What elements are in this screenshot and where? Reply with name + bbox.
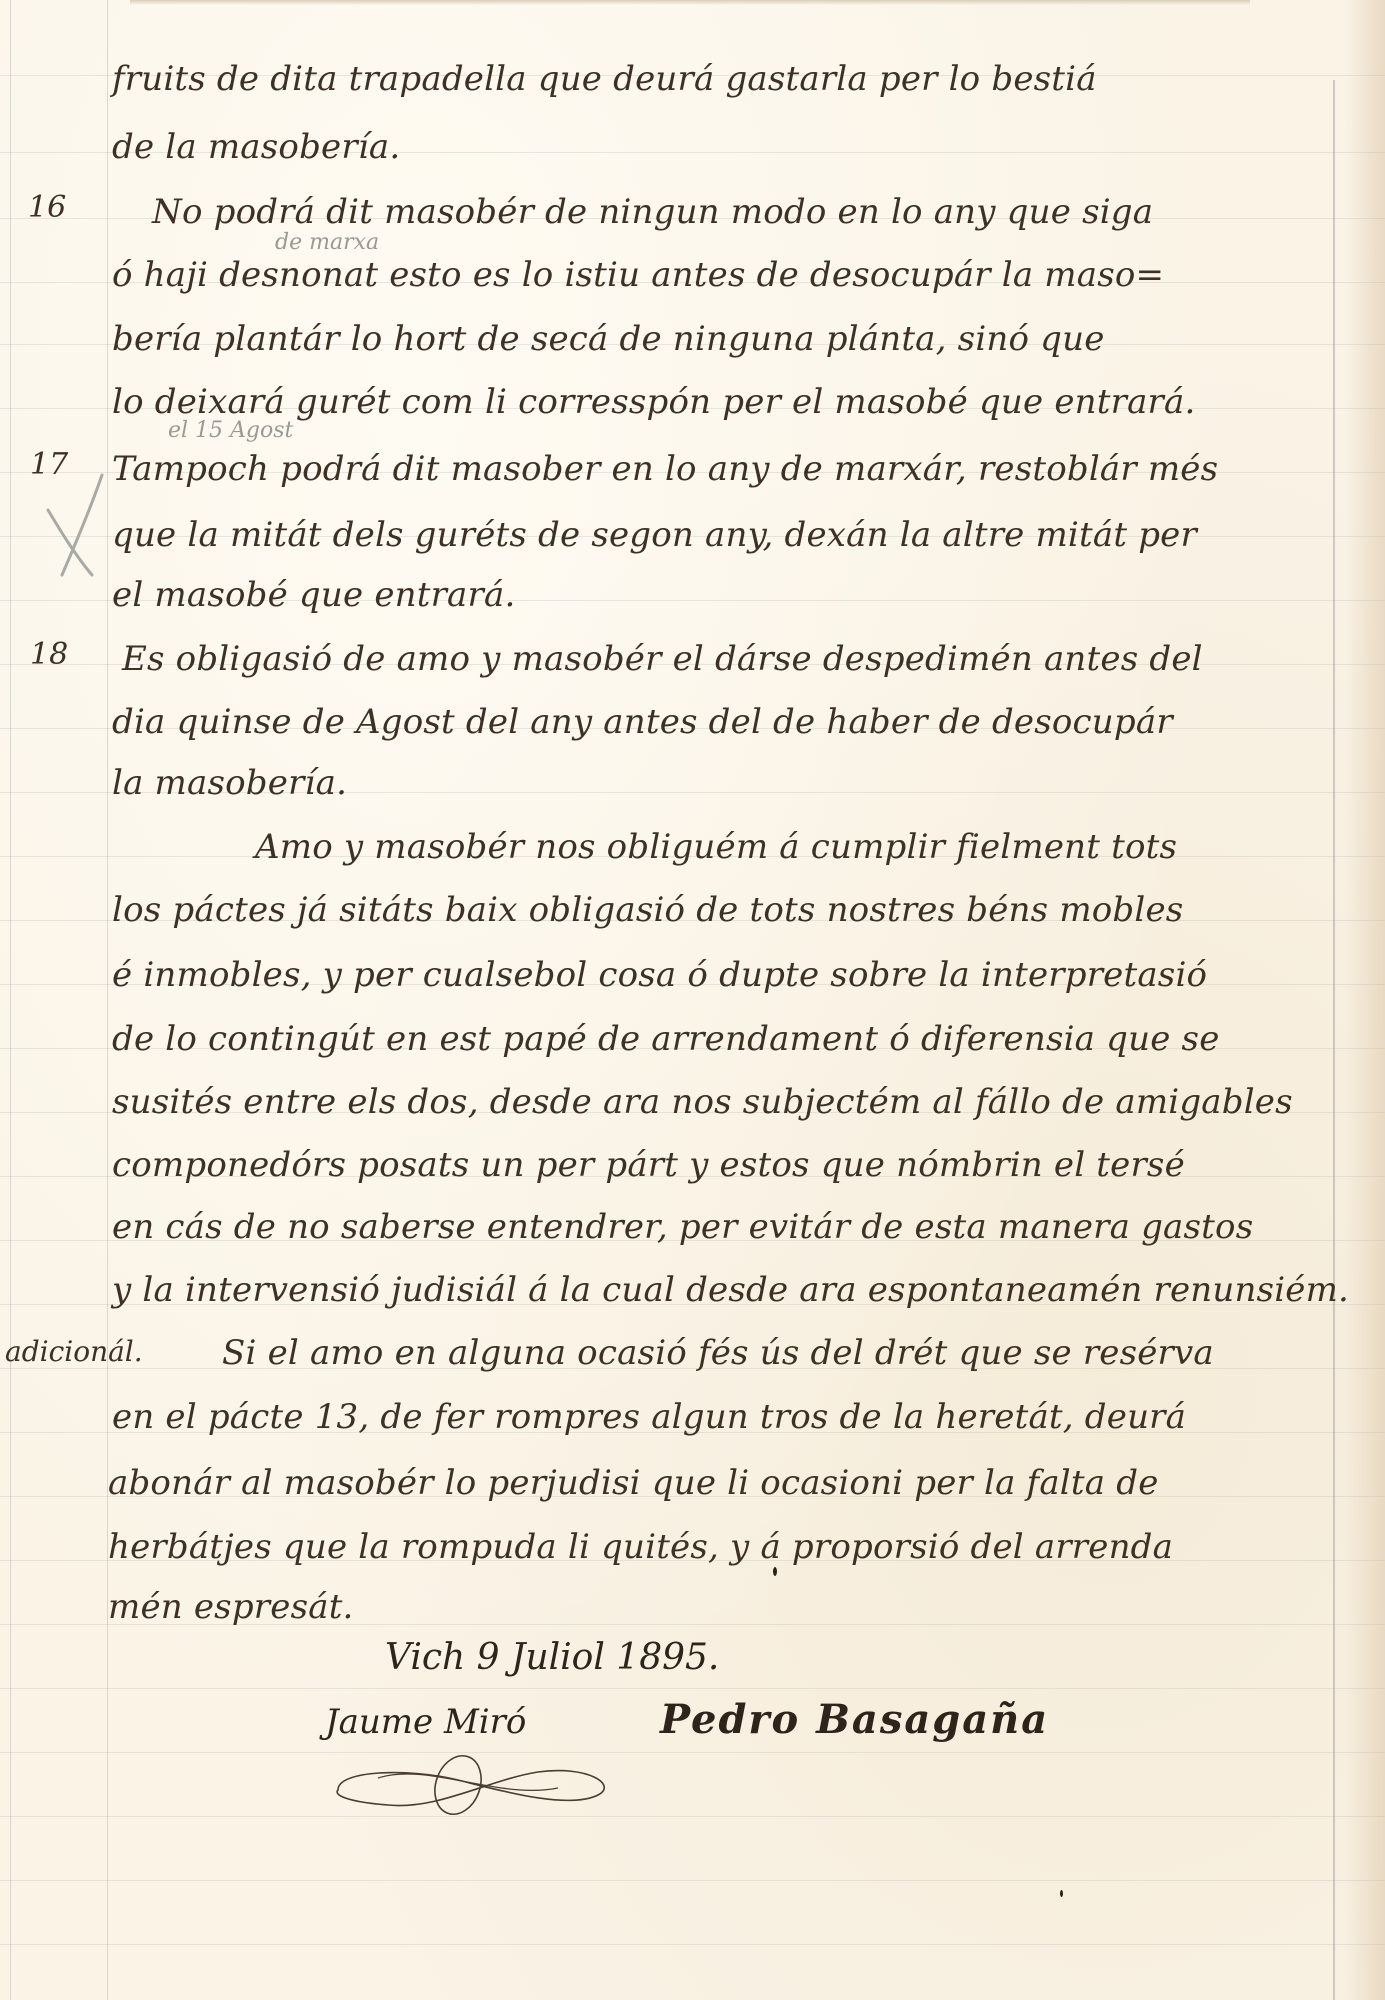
ruled-line xyxy=(0,1816,1385,1817)
signature-flourish-icon xyxy=(318,1750,618,1820)
left-edge-line xyxy=(10,0,11,2000)
text-line-16: de lo contingút en est papé de arrendame… xyxy=(112,1022,1220,1056)
ink-spot xyxy=(1060,1890,1063,1897)
text-line-24: herbátjes que la rompuda li quités, y á … xyxy=(108,1530,1173,1564)
text-line-18: componedórs posats un per párt y estos q… xyxy=(112,1148,1185,1182)
text-line-21: Si el amo en alguna ocasió fés ús del dr… xyxy=(222,1336,1214,1370)
ruled-line xyxy=(0,1944,1385,1945)
ruled-line xyxy=(0,1688,1385,1689)
paper-top-edge xyxy=(130,0,1250,5)
right-margin-line xyxy=(1333,80,1335,2000)
ruled-line xyxy=(0,1752,1385,1753)
text-line-19: en cás de no saberse entendrer, per evit… xyxy=(112,1210,1253,1244)
text-line-25: mén espresát. xyxy=(108,1590,354,1624)
text-line-2: de la masobería. xyxy=(112,130,400,164)
text-line-6: lo deixará gurét com li corresspón per e… xyxy=(112,385,1195,419)
text-line-10: Es obligasió de amo y masobér el dárse d… xyxy=(122,642,1203,676)
text-line-3: No podrá dit masobér de ningun modo en l… xyxy=(152,195,1153,229)
ink-spot xyxy=(773,1567,777,1576)
text-line-20: y la intervensió judisiál á la cual desd… xyxy=(112,1273,1349,1307)
place-and-date: Vich 9 Juliol 1895. xyxy=(385,1640,719,1676)
left-margin-line xyxy=(107,0,108,2000)
paper-right-edge-shading xyxy=(1345,0,1385,2000)
text-line-15: é inmobles, y per cualsebol cosa ó dupte… xyxy=(112,958,1207,992)
text-line-23: abonár al masobér lo perjudisi que li oc… xyxy=(108,1466,1159,1500)
text-line-4: ó haji desnonat esto es lo istiu antes d… xyxy=(112,258,1164,292)
text-line-11: dia quinse de Agost del any antes del de… xyxy=(112,705,1173,739)
text-line-12: la masobería. xyxy=(112,766,347,800)
clause-number-16: 16 xyxy=(28,193,66,223)
pencil-annotation-de-marxa: de marxa xyxy=(275,232,379,254)
pencil-x-mark-icon xyxy=(40,470,110,580)
text-line-14: los páctes já sitáts baix obligasió de t… xyxy=(112,893,1183,927)
ruled-line xyxy=(0,1880,1385,1881)
text-line-9: el masobé que entrará. xyxy=(112,578,515,612)
text-line-13: Amo y masobér nos obliguém á cumplir fie… xyxy=(255,830,1177,864)
signature-pedro-basagana: Pedro Basagaña xyxy=(660,1700,1049,1740)
text-line-17: susités entre els dos, desde ara nos sub… xyxy=(112,1085,1293,1119)
paper-sheet: 16 17 18 de marxa el 15 Agost fruits de … xyxy=(0,0,1385,2000)
text-line-8: que la mitát dels guréts de segon any, d… xyxy=(112,518,1197,552)
text-line-1: fruits de dita trapadella que deurá gast… xyxy=(112,62,1097,96)
clause-number-18: 18 xyxy=(30,640,68,670)
signature-jaume-miro: Jaume Miró xyxy=(325,1705,526,1739)
text-line-22: en el pácte 13, de fer rompres algun tro… xyxy=(112,1400,1186,1434)
pencil-annotation-el-15-agost: el 15 Agost xyxy=(168,420,293,442)
margin-note-adicional: adicionál. xyxy=(5,1338,143,1366)
text-line-7: Tampoch podrá dit masober en lo any de m… xyxy=(112,452,1218,486)
text-line-5: bería plantár lo hort de secá de ninguna… xyxy=(112,322,1105,356)
